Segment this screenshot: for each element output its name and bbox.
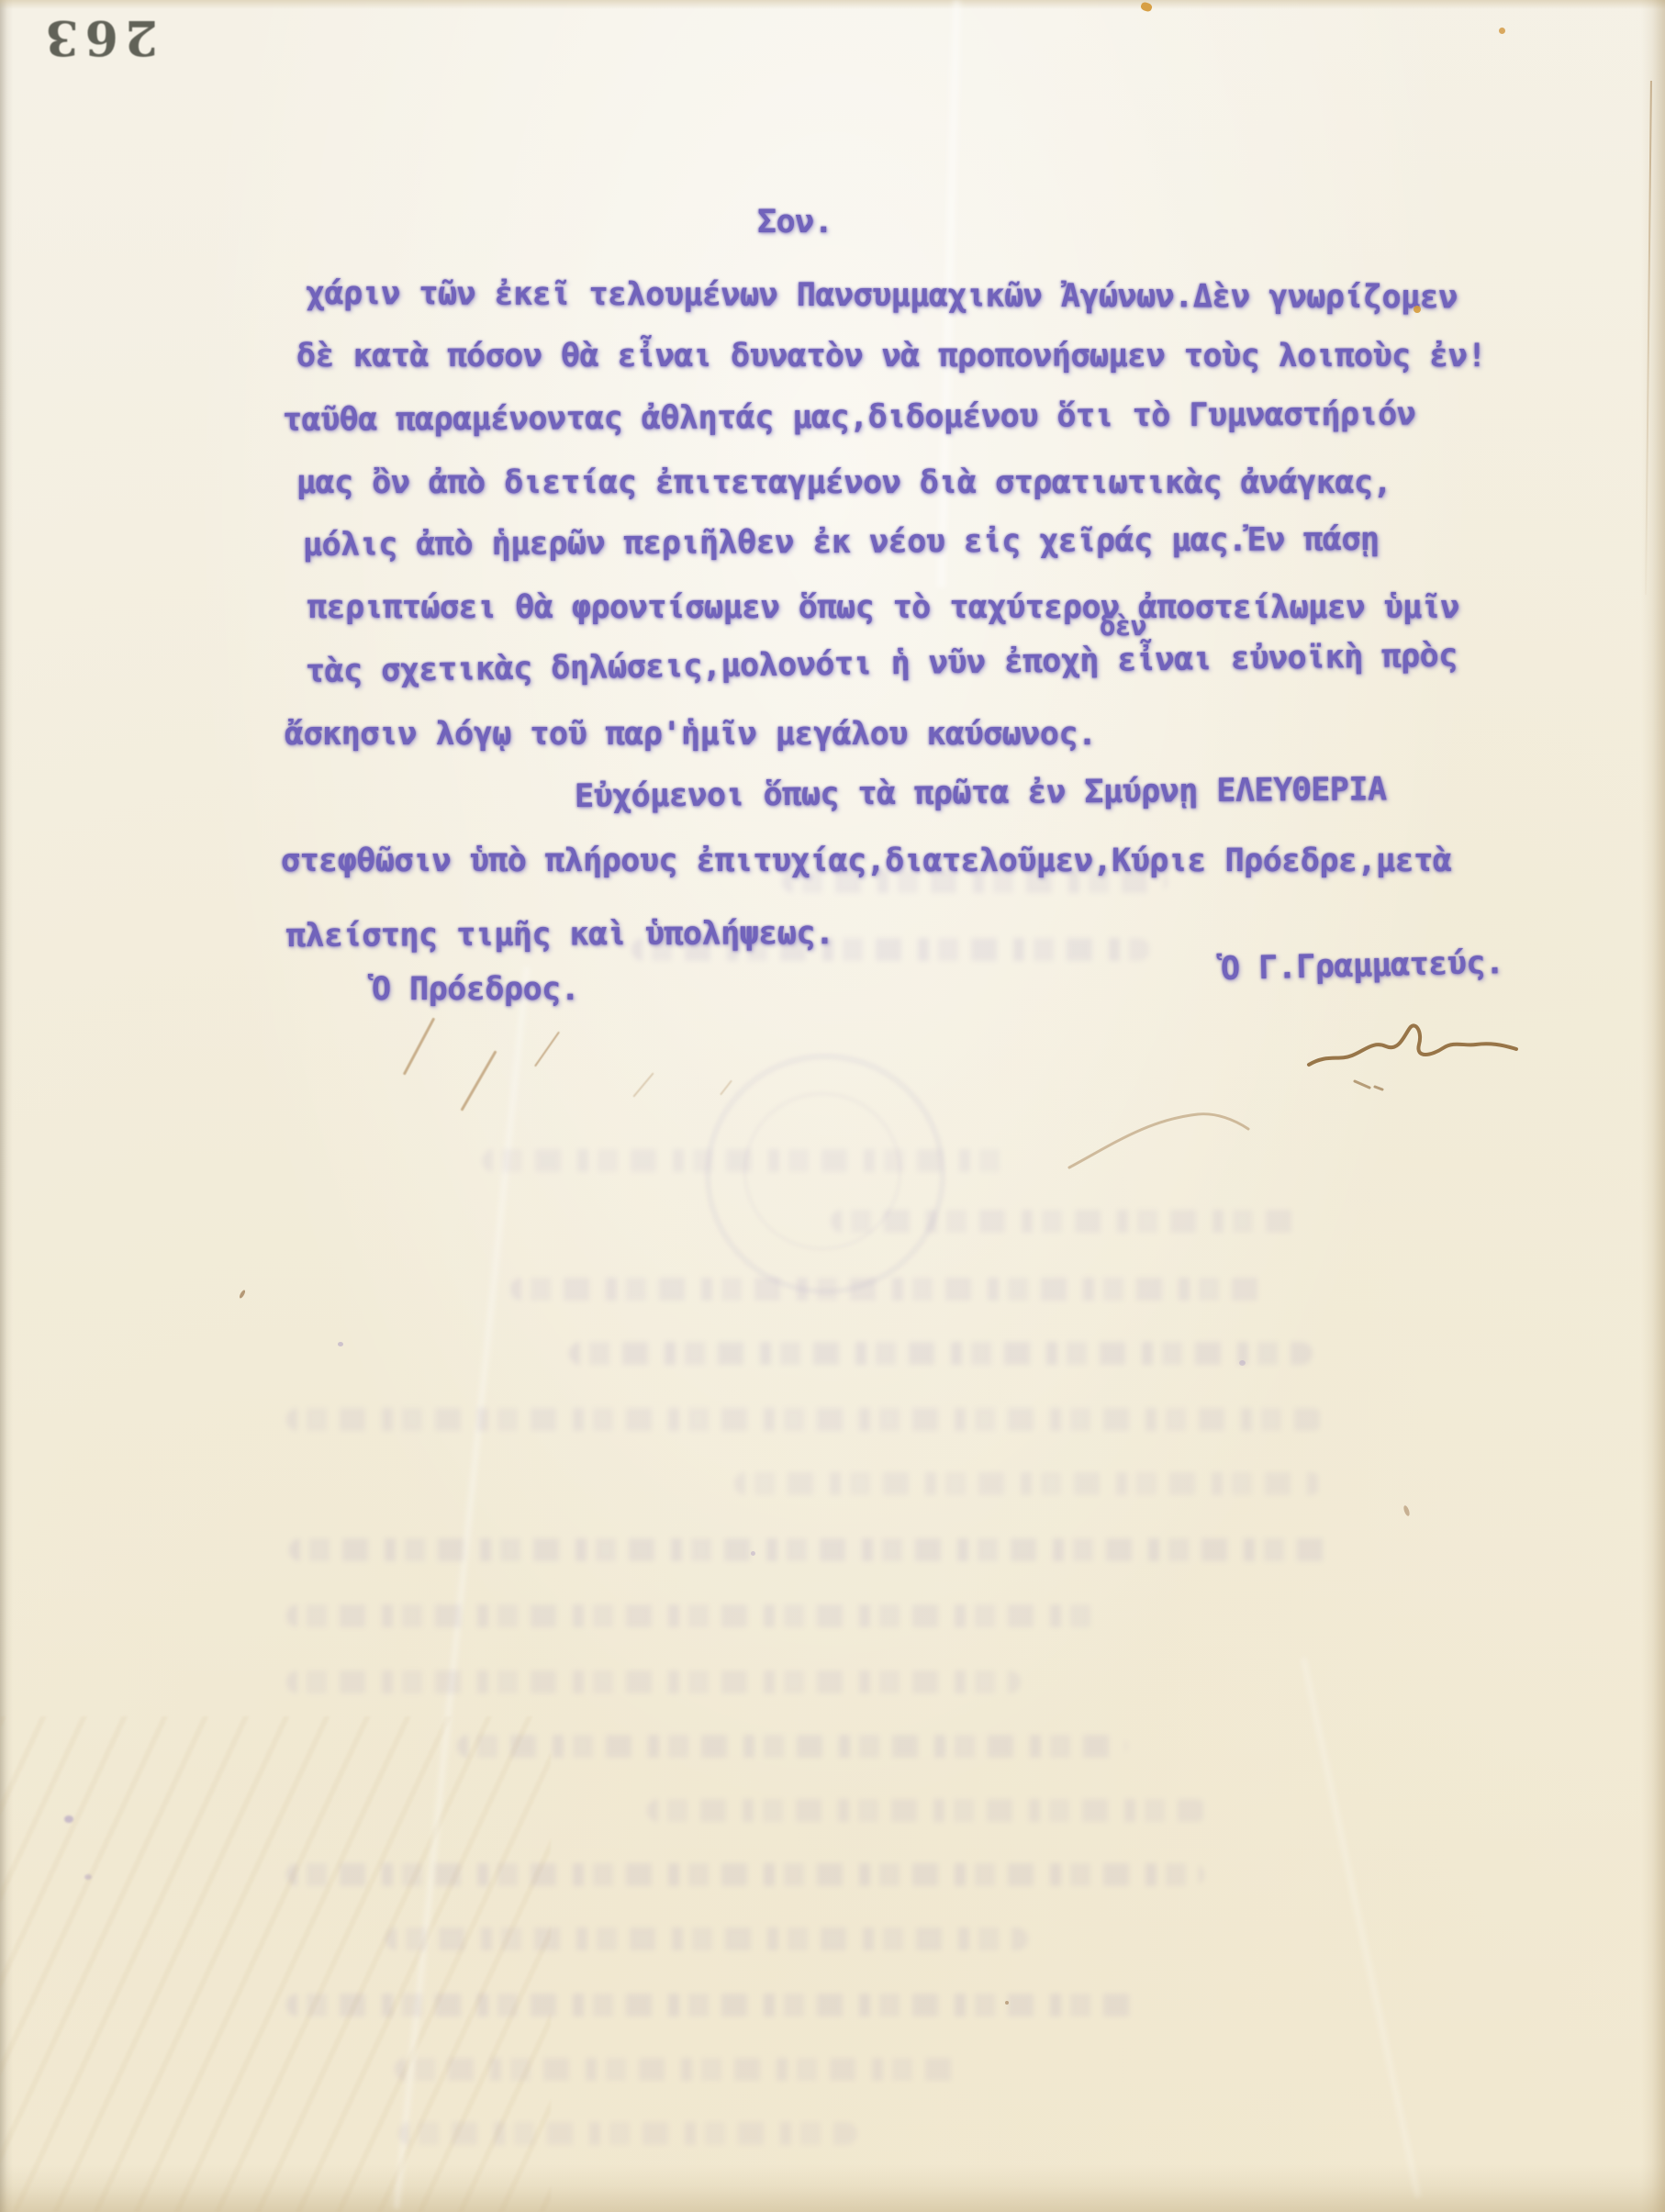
typed-line: Εὐχόμενοι ὅπως τὰ πρῶτα ἐν Σμύρνῃ ΕΛΕΥΘΕ…	[575, 771, 1387, 815]
bleedthrough-smudge	[289, 1538, 1335, 1561]
typed-line: μας ὂν ἀπὸ διετίας ἐπιτεταγμένον διὰ στρ…	[296, 464, 1391, 501]
signature-tail-flourish	[1060, 1101, 1262, 1184]
typed-line: περιπτώσει θὰ φροντίσωμεν ὅπως τὸ ταχύτε…	[307, 589, 1459, 626]
bleedthrough-smudge	[286, 1604, 1103, 1627]
ink-speck-purple	[338, 1342, 343, 1346]
ink-speck-brown	[1005, 2001, 1009, 2005]
typed-line: μόλις ἀπὸ ἡμερῶν περιῆλθεν ἐκ νέου εἰς χ…	[303, 521, 1380, 564]
president-flourish	[534, 1032, 560, 1067]
bleedthrough-smudge	[569, 1342, 1313, 1365]
faint-round-seal-inner	[743, 1092, 901, 1250]
ink-speck-brown	[1402, 1505, 1411, 1517]
ink-speck-brown	[239, 1290, 246, 1300]
bleedthrough-smudge	[386, 1927, 1028, 1950]
ink-speck-purple	[751, 1551, 755, 1556]
typed-line: πλείστης τιμῆς καὶ ὑπολήψεως.	[286, 915, 834, 955]
typed-line: στεφθῶσιν ὑπὸ πλήρους ἐπιτυχίας,διατελοῦ…	[281, 843, 1451, 879]
bleedthrough-smudge	[647, 1799, 1207, 1822]
bleedthrough-smudge	[286, 1863, 1204, 1886]
bleedthrough-smudge	[510, 1278, 1272, 1301]
paper-edge-right	[1641, 0, 1665, 2212]
paper-crease-streak	[1302, 1658, 1421, 2197]
typed-line: ταῦθα παραμένοντας ἀθλητάς μας,διδομένου…	[283, 397, 1416, 440]
bleedthrough-smudge	[286, 1994, 1140, 2016]
president-flourish	[460, 1050, 497, 1111]
bleedthrough-smudge	[734, 1472, 1322, 1495]
typed-line: χάριν τῶν ἐκεῖ τελουμένων Πανσυμμαχικῶν …	[306, 275, 1458, 317]
typed-line: τὰς σχετικὰς δηλώσεις,μολονότι ἡ νῦν ἐπο…	[306, 637, 1458, 690]
ink-speck-purple	[1239, 1360, 1246, 1366]
president-flourish	[403, 1017, 436, 1075]
president-flourish	[720, 1080, 732, 1096]
paper-edge-top	[0, 0, 1665, 9]
bleedthrough-smudge	[398, 2122, 857, 2145]
bleedthrough-smudge	[286, 1670, 1021, 1693]
heading-fragment: Σον.	[757, 204, 832, 240]
president-flourish	[632, 1072, 654, 1097]
secretary-signature	[1302, 1008, 1540, 1100]
bleedthrough-smudge	[395, 2058, 964, 2081]
ink-speck-orange	[1499, 28, 1505, 34]
typed-line: ἄσκησιν λόγῳ τοῦ παρ'ἡμῖν μεγάλου καύσων…	[285, 716, 1097, 753]
bleedthrough-smudge	[286, 1408, 1324, 1431]
scanned-letter-page: 263 Σον. χάριν τῶν ἐκεῖ τελουμένων Πανσυ…	[0, 0, 1665, 2212]
closing-secretary-label: Ὁ Γ.Γραμματεύς.	[1221, 944, 1504, 988]
page-number-stamp: 263	[48, 13, 158, 61]
typed-line: δὲ κατὰ πόσον θὰ εἶναι δυνατὸν νὰ προπον…	[296, 338, 1486, 374]
closing-president-label: Ὁ Πρόεδρος.	[372, 971, 579, 1008]
ink-speck-orange	[1414, 306, 1421, 313]
interlinear-insertion: δὲν	[1100, 611, 1146, 642]
ink-speck-purple	[64, 1815, 73, 1823]
ink-speck-purple	[84, 1874, 92, 1880]
bleedthrough-smudge	[457, 1735, 1127, 1758]
